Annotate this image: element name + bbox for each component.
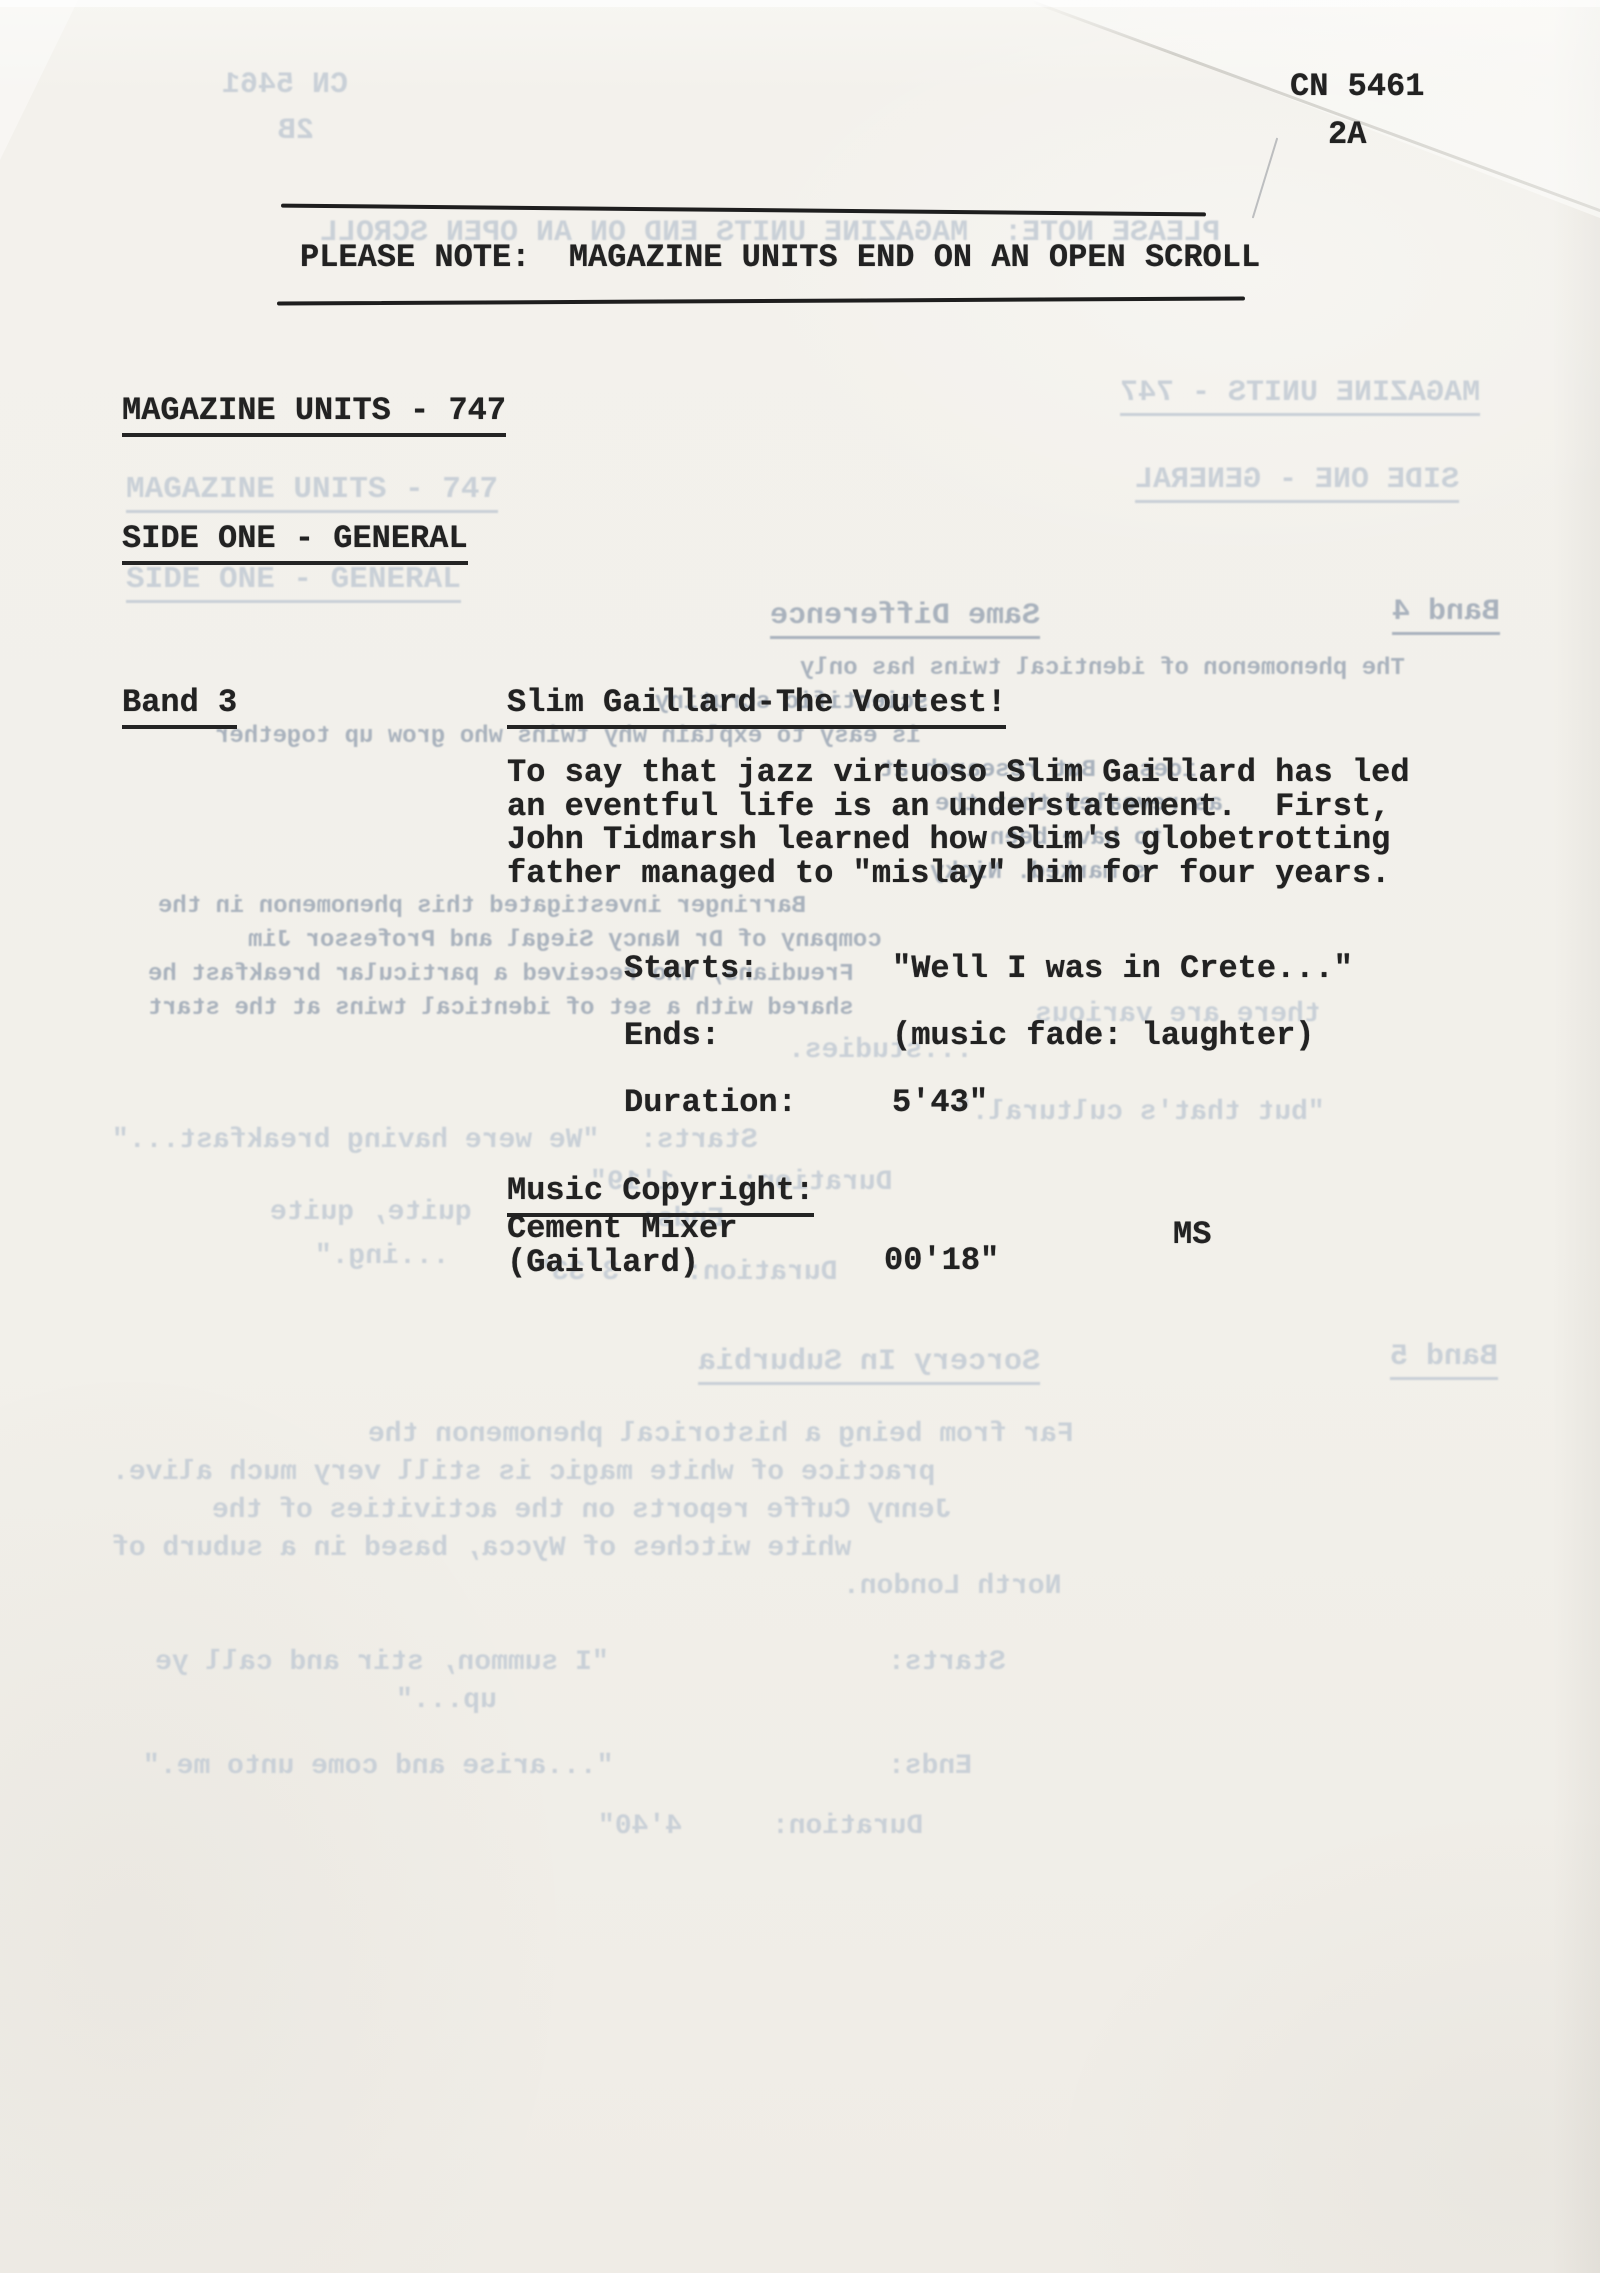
paper-fold <box>1015 0 1600 218</box>
cue-label-ends: Ends: <box>624 1019 720 1053</box>
rights-code: MS <box>1173 1218 1211 1252</box>
composer: (Gaillard) <box>507 1246 699 1280</box>
ghost-line: Ends: <box>888 1752 972 1781</box>
page-number: 2A <box>1328 118 1366 152</box>
scan-top-edge <box>0 0 1600 7</box>
notice-rule-bottom <box>277 296 1245 305</box>
ghost-line: Far from being a historical phenomenon t… <box>368 1420 1074 1449</box>
notice-text: PLEASE NOTE: MAGAZINE UNITS END ON AN OP… <box>300 241 1260 275</box>
ghost-line: Same Difference <box>770 601 1040 639</box>
ghost-line: Duration: <box>772 1812 923 1841</box>
band-title: Slim Gaillard-The Voutest! <box>507 686 1006 729</box>
ghost-line: 2B <box>278 116 314 148</box>
cue-value-starts: "Well I was in Crete..." <box>892 952 1353 986</box>
ghost-line: CN 5461 <box>222 70 348 102</box>
ghost-line: white witches of Wycca, based in a subur… <box>112 1534 851 1563</box>
band-description: To say that jazz virtuoso Slim Gaillard … <box>507 756 1410 890</box>
track-duration: 00'18" <box>884 1244 999 1278</box>
ghost-line: "We were having breakfast..." <box>112 1126 599 1155</box>
ghost-line: Barringer investigated this phenomenon i… <box>158 894 806 919</box>
cue-label-duration: Duration: <box>624 1086 797 1120</box>
ghost-line: Starts: <box>888 1648 1006 1677</box>
fold-crease-line <box>1031 0 1600 213</box>
band-label: Band 3 <box>122 686 237 729</box>
ghost-line: The phenomenon of identical twins has on… <box>800 656 1405 681</box>
crease-mark <box>1252 138 1278 219</box>
ghost-line: Band 5 <box>1390 1342 1498 1380</box>
ghost-line: MAGAZINE UNITS - 747 <box>126 474 498 513</box>
ghost-line: quite, quite <box>270 1198 472 1227</box>
scanned-document-page: CN 5461 2B PLEASE NOTE: MAGAZINE UNITS E… <box>0 0 1600 2273</box>
ghost-line: shared with a set of identical twins at … <box>148 996 854 1021</box>
ghost-line: up..." <box>396 1686 497 1715</box>
top-left-corner-highlight <box>0 0 78 160</box>
document-reference: CN 5461 <box>1290 70 1424 104</box>
ghost-line: company of Dr Nancy Siegal and Professor… <box>248 928 882 953</box>
ghost-line: North London. <box>843 1572 1061 1601</box>
ghost-line: 4'40" <box>598 1812 682 1841</box>
ghost-line: "I summon, stir and call ye <box>155 1648 609 1677</box>
cue-label-starts: Starts: <box>624 952 758 986</box>
ghost-line: SIDE ONE - GENERAL <box>126 564 461 603</box>
ghost-line: Jenny Cuffe reports on the activities of… <box>212 1496 951 1525</box>
ghost-line: "but that's cultural." <box>955 1098 1325 1127</box>
ghost-line: SIDE ONE - GENERAL <box>1135 465 1459 503</box>
ghost-line: practice of white magic is still very mu… <box>112 1458 935 1487</box>
ghost-line: MAGAZINE UNITS - 747 <box>1120 378 1480 416</box>
unit-heading: MAGAZINE UNITS - 747 <box>122 394 506 437</box>
track-title: Cement Mixer <box>507 1212 737 1246</box>
ghost-line: ...ing." <box>315 1242 449 1271</box>
ghost-line: Band 4 <box>1392 597 1500 635</box>
ghost-line: Sorcery In Suburbia <box>698 1347 1040 1385</box>
ghost-line: "...arise and come unto me." <box>143 1752 613 1781</box>
cue-value-ends: (music fade: laughter) <box>892 1019 1314 1053</box>
side-heading: SIDE ONE - GENERAL <box>122 522 468 565</box>
ghost-line: Starts: <box>640 1126 758 1155</box>
notice-rule-top <box>281 204 1206 217</box>
cue-value-duration: 5'43" <box>892 1086 988 1120</box>
